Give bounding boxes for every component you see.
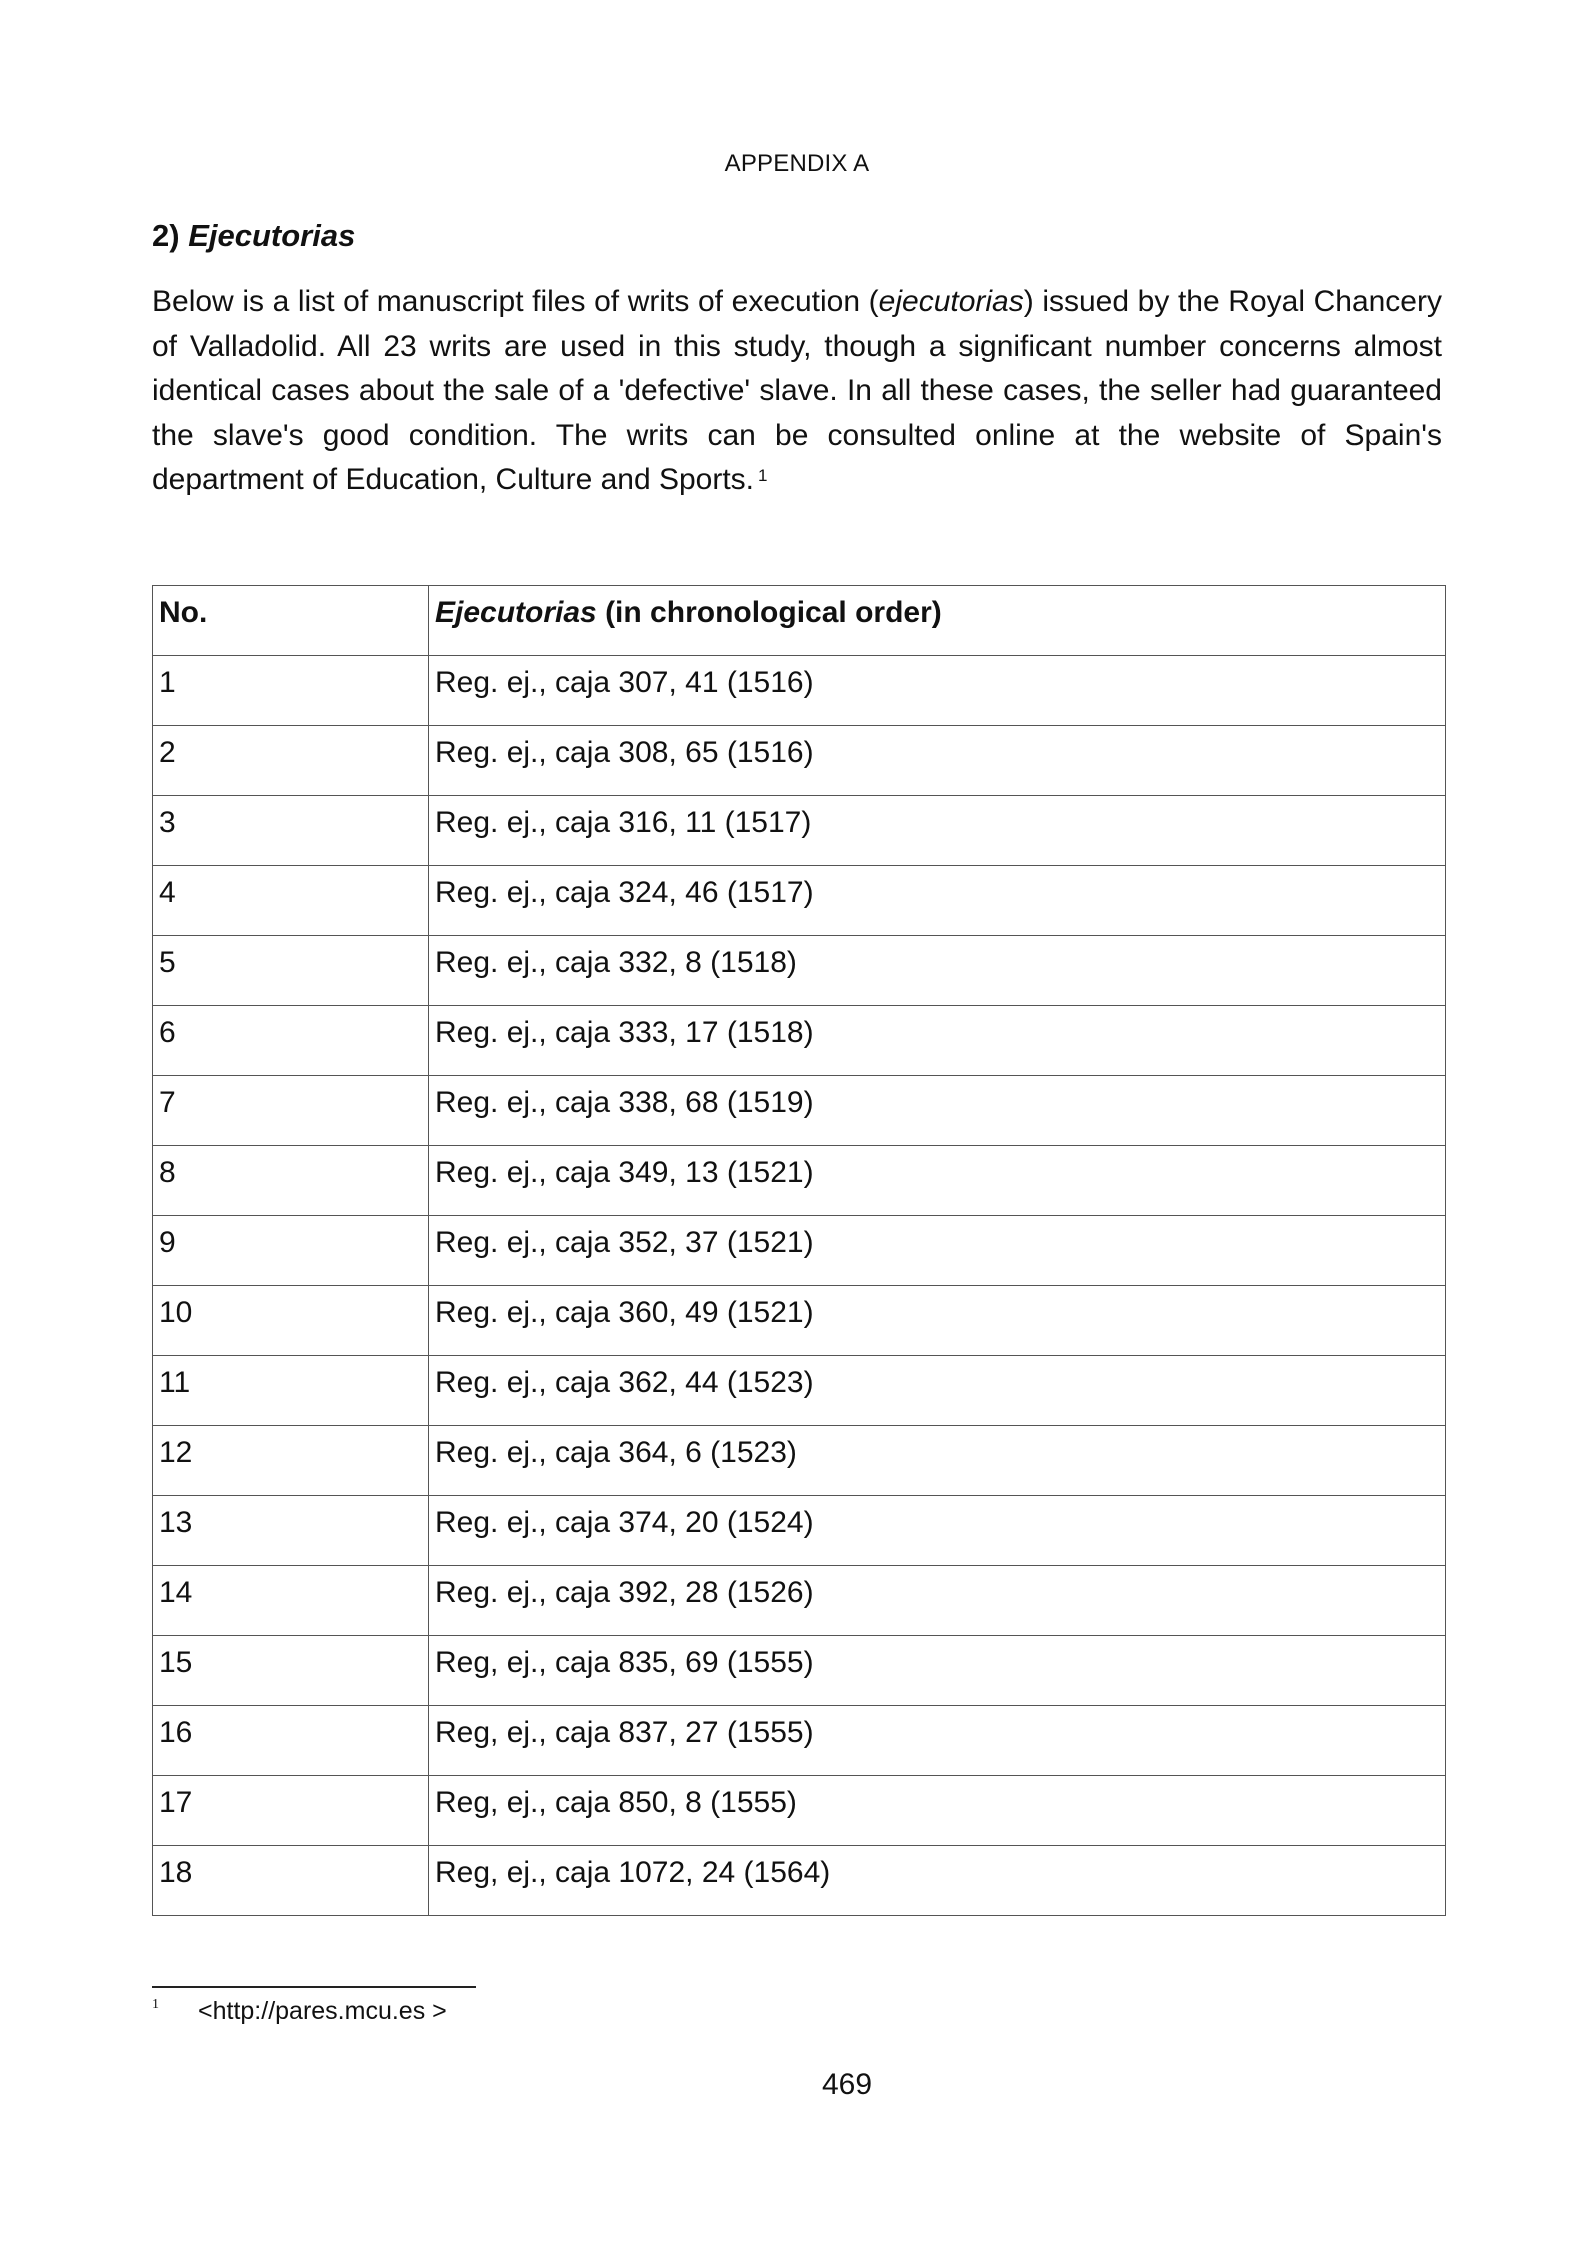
row-reference: Reg, ej., caja 850, 8 (1555) xyxy=(429,1776,1446,1846)
page-number: 469 xyxy=(0,2068,1594,2102)
table-row: 17Reg, ej., caja 850, 8 (1555) xyxy=(153,1776,1446,1846)
section-title-text: Ejecutorias xyxy=(188,218,355,253)
intro-italic-term: ejecutorias xyxy=(879,285,1024,318)
row-reference: Reg. ej., caja 364, 6 (1523) xyxy=(429,1426,1446,1496)
header-no: No. xyxy=(153,586,429,656)
table-row: 7Reg. ej., caja 338, 68 (1519) xyxy=(153,1076,1446,1146)
row-number: 2 xyxy=(153,726,429,796)
running-head: APPENDIX A xyxy=(0,150,1594,178)
row-number: 18 xyxy=(153,1846,429,1916)
row-reference: Reg, ej., caja 1072, 24 (1564) xyxy=(429,1846,1446,1916)
footnote-separator xyxy=(152,1986,476,1988)
row-number: 8 xyxy=(153,1146,429,1216)
section-title: 2) Ejecutorias xyxy=(152,218,355,254)
row-reference: Reg. ej., caja 332, 8 (1518) xyxy=(429,936,1446,1006)
row-number: 3 xyxy=(153,796,429,866)
row-number: 7 xyxy=(153,1076,429,1146)
row-reference: Reg. ej., caja 308, 65 (1516) xyxy=(429,726,1446,796)
row-number: 1 xyxy=(153,656,429,726)
table-row: 15Reg, ej., caja 835, 69 (1555) xyxy=(153,1636,1446,1706)
row-number: 11 xyxy=(153,1356,429,1426)
row-number: 17 xyxy=(153,1776,429,1846)
row-reference: Reg, ej., caja 837, 27 (1555) xyxy=(429,1706,1446,1776)
row-number: 6 xyxy=(153,1006,429,1076)
table-row: 2Reg. ej., caja 308, 65 (1516) xyxy=(153,726,1446,796)
footnote-link[interactable]: <http://pares.mcu.es > xyxy=(198,1997,447,2025)
row-number: 13 xyxy=(153,1496,429,1566)
table-row: 5Reg. ej., caja 332, 8 (1518) xyxy=(153,936,1446,1006)
table-row: 4Reg. ej., caja 324, 46 (1517) xyxy=(153,866,1446,936)
table-body: 1Reg. ej., caja 307, 41 (1516)2Reg. ej.,… xyxy=(153,656,1446,1916)
table-row: 16Reg, ej., caja 837, 27 (1555) xyxy=(153,1706,1446,1776)
table-row: 14Reg. ej., caja 392, 28 (1526) xyxy=(153,1566,1446,1636)
intro-paragraph: Below is a list of manuscript files of w… xyxy=(152,280,1442,503)
row-reference: Reg. ej., caja 307, 41 (1516) xyxy=(429,656,1446,726)
row-number: 12 xyxy=(153,1426,429,1496)
row-number: 5 xyxy=(153,936,429,1006)
table-row: 8Reg. ej., caja 349, 13 (1521) xyxy=(153,1146,1446,1216)
row-reference: Reg. ej., caja 349, 13 (1521) xyxy=(429,1146,1446,1216)
row-number: 15 xyxy=(153,1636,429,1706)
row-number: 4 xyxy=(153,866,429,936)
header-ejecutorias: Ejecutorias (in chronological order) xyxy=(429,586,1446,656)
row-number: 9 xyxy=(153,1216,429,1286)
table-row: 6Reg. ej., caja 333, 17 (1518) xyxy=(153,1006,1446,1076)
header-ejecutorias-italic: Ejecutorias xyxy=(435,596,597,629)
row-reference: Reg, ej., caja 835, 69 (1555) xyxy=(429,1636,1446,1706)
footnote-1: 1<http://pares.mcu.es > xyxy=(152,1997,447,2026)
row-reference: Reg. ej., caja 338, 68 (1519) xyxy=(429,1076,1446,1146)
table-row: 1Reg. ej., caja 307, 41 (1516) xyxy=(153,656,1446,726)
row-number: 14 xyxy=(153,1566,429,1636)
row-number: 16 xyxy=(153,1706,429,1776)
table-header-row: No. Ejecutorias (in chronological order) xyxy=(153,586,1446,656)
row-reference: Reg. ej., caja 333, 17 (1518) xyxy=(429,1006,1446,1076)
row-number: 10 xyxy=(153,1286,429,1356)
row-reference: Reg. ej., caja 352, 37 (1521) xyxy=(429,1216,1446,1286)
intro-text-start: Below is a list of manuscript files of w… xyxy=(152,285,879,318)
row-reference: Reg. ej., caja 360, 49 (1521) xyxy=(429,1286,1446,1356)
row-reference: Reg. ej., caja 324, 46 (1517) xyxy=(429,866,1446,936)
footnote-reference[interactable]: 1 xyxy=(758,466,767,485)
row-reference: Reg. ej., caja 316, 11 (1517) xyxy=(429,796,1446,866)
table-row: 13Reg. ej., caja 374, 20 (1524) xyxy=(153,1496,1446,1566)
section-number: 2) xyxy=(152,218,180,253)
row-reference: Reg. ej., caja 374, 20 (1524) xyxy=(429,1496,1446,1566)
row-reference: Reg. ej., caja 392, 28 (1526) xyxy=(429,1566,1446,1636)
ejecutorias-table: No. Ejecutorias (in chronological order)… xyxy=(152,585,1446,1916)
header-ejecutorias-rest: (in chronological order) xyxy=(597,596,942,629)
table-row: 10Reg. ej., caja 360, 49 (1521) xyxy=(153,1286,1446,1356)
row-reference: Reg. ej., caja 362, 44 (1523) xyxy=(429,1356,1446,1426)
table-row: 12Reg. ej., caja 364, 6 (1523) xyxy=(153,1426,1446,1496)
table-row: 9Reg. ej., caja 352, 37 (1521) xyxy=(153,1216,1446,1286)
table-row: 18Reg, ej., caja 1072, 24 (1564) xyxy=(153,1846,1446,1916)
table-row: 11Reg. ej., caja 362, 44 (1523) xyxy=(153,1356,1446,1426)
footnote-mark: 1 xyxy=(152,1997,198,2013)
table-row: 3Reg. ej., caja 316, 11 (1517) xyxy=(153,796,1446,866)
